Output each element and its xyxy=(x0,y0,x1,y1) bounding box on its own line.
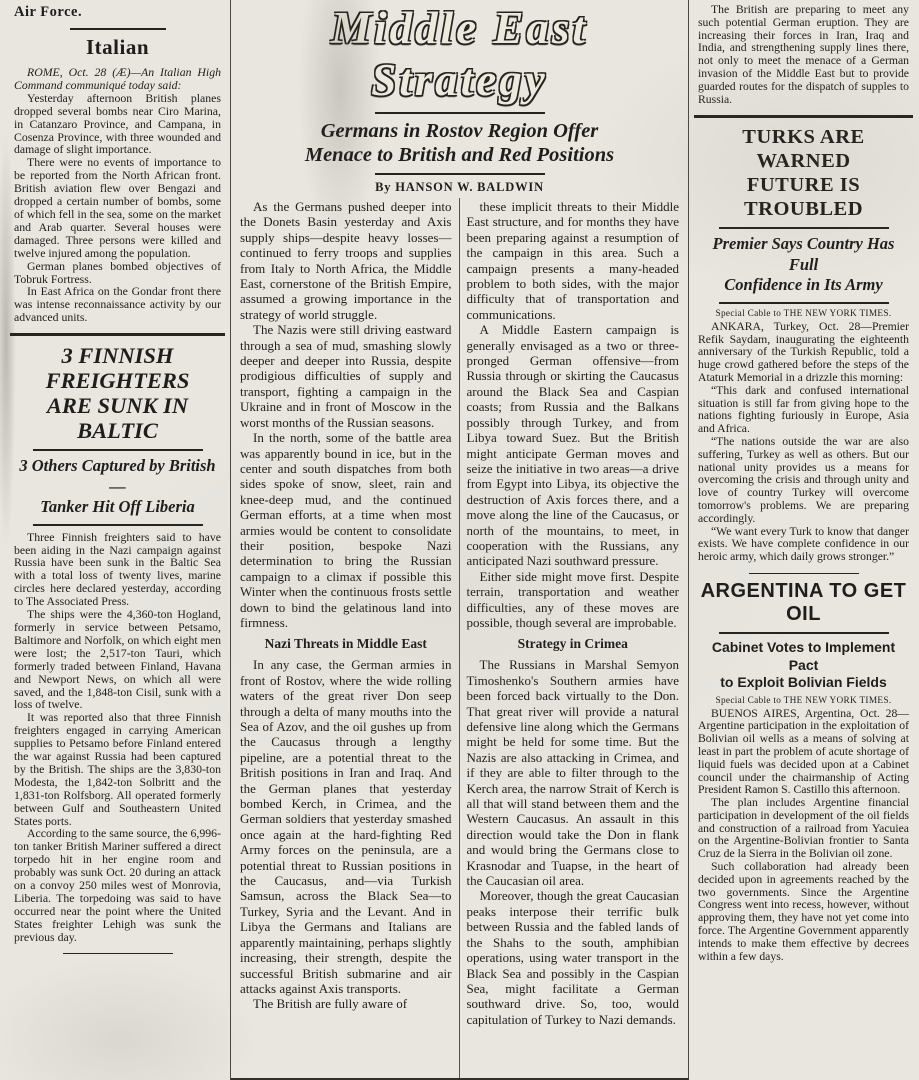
main-headline: Middle East Strategy xyxy=(241,2,678,106)
left-column: Air Force. Italian ROME, Oct. 28 (Æ)—An … xyxy=(0,0,231,1080)
paragraph: Such collaboration had already been deci… xyxy=(698,861,909,963)
main-article: Middle East Strategy Germans in Rostov R… xyxy=(231,0,689,1080)
rule xyxy=(749,573,859,574)
headline-line: ARE SUNK IN BALTIC xyxy=(47,393,188,443)
paragraph: The Nazis were still driving eastward th… xyxy=(240,322,452,430)
subhead-line: Menace to British and Red Positions xyxy=(305,144,614,166)
subhead-line: Premier Says Country Has Full xyxy=(713,234,895,274)
subhead-strategy-crimea: Strategy in Crimea xyxy=(467,636,680,652)
paragraph: “We want every Turk to know that danger … xyxy=(698,526,909,564)
previous-article-end: Air Force. xyxy=(14,4,221,21)
rule xyxy=(719,227,889,229)
finnish-subhead: 3 Others Captured by British— Tanker Hit… xyxy=(14,456,221,518)
main-article-continuation: The British are preparing to meet any su… xyxy=(698,4,909,106)
section-rule xyxy=(694,115,913,118)
turks-subhead: Premier Says Country Has Full Confidence… xyxy=(698,234,909,296)
paragraph: In the north, some of the battle area wa… xyxy=(240,430,452,630)
argentina-headline: ARGENTINA TO GET OIL xyxy=(698,580,909,626)
dateline-rome: ROME, Oct. 28 (Æ)—An Italian High Comman… xyxy=(14,66,221,92)
main-article-columns: As the Germans pushed deeper into the Do… xyxy=(231,198,688,1078)
article-finnish-freighters: 3 FINNISH FREIGHTERS ARE SUNK IN BALTIC … xyxy=(14,343,221,954)
main-column-1: As the Germans pushed deeper into the Do… xyxy=(231,198,460,1078)
paragraph: It was reported also that three Finnish … xyxy=(14,711,221,827)
paragraph: The Russians in Marshal Semyon Timoshenk… xyxy=(467,657,680,888)
paragraph: Moreover, though the great Caucasian pea… xyxy=(467,888,680,1027)
rule xyxy=(719,632,889,634)
special-cable-credit: Special Cable to THE NEW YORK TIMES. xyxy=(698,696,909,706)
section-rule xyxy=(10,333,225,336)
subhead-line: Confidence in Its Army xyxy=(724,275,882,294)
rule xyxy=(70,28,166,30)
article-argentina-oil: ARGENTINA TO GET OIL Cabinet Votes to Im… xyxy=(698,580,909,963)
byline: By HANSON W. BALDWIN xyxy=(241,180,678,195)
paragraph: Either side might move first. Despite te… xyxy=(467,569,680,631)
article-italian-communique: Italian ROME, Oct. 28 (Æ)—An Italian Hig… xyxy=(14,35,221,324)
rule xyxy=(33,524,203,526)
headline-line: 3 FINNISH FREIGHTERS xyxy=(46,343,190,393)
paragraph: The plan includes Argentine financial pa… xyxy=(698,797,909,861)
paragraph: “This dark and confused international si… xyxy=(698,385,909,436)
paragraph: ANKARA, Turkey, Oct. 28—Premier Refik Sa… xyxy=(698,321,909,385)
main-column-2: these implicit threats to their Middle E… xyxy=(460,198,689,1078)
main-article-header: Middle East Strategy Germans in Rostov R… xyxy=(231,0,688,198)
subhead-line: 3 Others Captured by British— xyxy=(19,456,215,496)
special-cable-credit: Special Cable to THE NEW YORK TIMES. xyxy=(698,309,909,319)
paragraph: BUENOS AIRES, Argentina, Oct. 28—Argenti… xyxy=(698,708,909,798)
paragraph: Three Finnish freighters said to have be… xyxy=(14,531,221,608)
rule xyxy=(33,449,203,451)
rule xyxy=(375,173,545,175)
subhead-line: to Exploit Bolivian Fields xyxy=(720,674,886,690)
paragraph: According to the same source, the 6,996-… xyxy=(14,827,221,943)
paragraph: The British are fully aware of xyxy=(240,996,452,1011)
rule xyxy=(63,953,173,954)
main-subhead: Germans in Rostov Region Offer Menace to… xyxy=(241,119,678,167)
paragraph: In any case, the German armies in front … xyxy=(240,657,452,996)
turks-headline: TURKS ARE WARNED FUTURE IS TROUBLED xyxy=(698,125,909,221)
paragraph: these implicit threats to their Middle E… xyxy=(467,199,680,322)
paragraph: The ships were the 4,360-ton Hogland, fo… xyxy=(14,608,221,711)
finnish-headline: 3 FINNISH FREIGHTERS ARE SUNK IN BALTIC xyxy=(14,343,221,443)
rule xyxy=(719,302,889,304)
subhead-line: Cabinet Votes to Implement Pact xyxy=(712,639,895,673)
paragraph: Yesterday afternoon British planes dropp… xyxy=(14,92,221,157)
right-column: The British are preparing to meet any su… xyxy=(689,0,919,1080)
argentina-subhead: Cabinet Votes to Implement Pact to Explo… xyxy=(698,639,909,692)
paragraph: In East Africa on the Gondar front there… xyxy=(14,285,221,324)
paragraph: German planes bombed objectives of Tobru… xyxy=(14,260,221,286)
paragraph: There were no events of importance to be… xyxy=(14,156,221,259)
paragraph: “The nations outside the war are also su… xyxy=(698,436,909,526)
newspaper-page: Air Force. Italian ROME, Oct. 28 (Æ)—An … xyxy=(0,0,919,1080)
article-turks-warned: TURKS ARE WARNED FUTURE IS TROUBLED Prem… xyxy=(698,125,909,564)
paragraph: As the Germans pushed deeper into the Do… xyxy=(240,199,452,322)
italian-heading: Italian xyxy=(14,35,221,60)
subhead-nazi-threats: Nazi Threats in Middle East xyxy=(240,636,452,652)
rule xyxy=(375,112,545,114)
subhead-line: Germans in Rostov Region Offer xyxy=(321,120,599,142)
paragraph: A Middle Eastern campaign is generally e… xyxy=(467,322,680,569)
headline-line: FUTURE IS TROUBLED xyxy=(744,174,863,220)
headline-line: TURKS ARE WARNED xyxy=(742,126,864,172)
subhead-line: Tanker Hit Off Liberia xyxy=(40,497,194,516)
